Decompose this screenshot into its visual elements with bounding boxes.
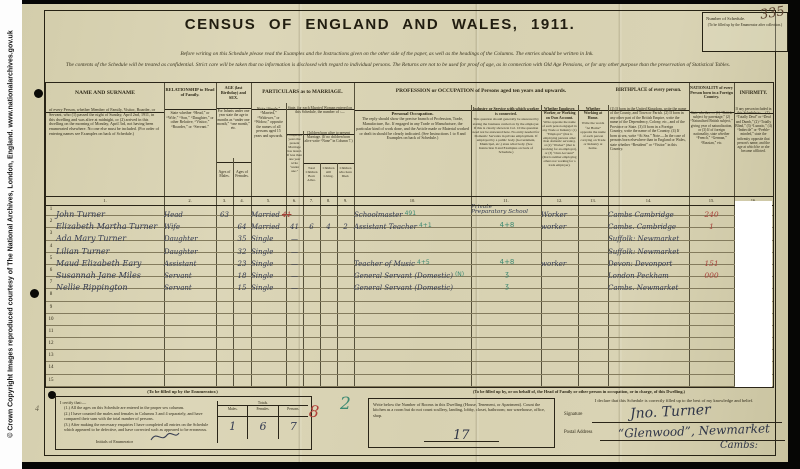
- cell-occupation: [354, 289, 471, 300]
- cell-children-died: [337, 362, 354, 373]
- cell-industry: [471, 241, 541, 252]
- col-children-living-subtext: Children still Living.: [321, 166, 336, 194]
- cell-nationality: 151: [689, 253, 734, 264]
- cell-children-born: [303, 265, 320, 276]
- cell-age-male: [216, 350, 233, 361]
- column-number: 2.: [164, 198, 216, 203]
- cell-marital-status: [251, 362, 286, 373]
- cell-employment: [541, 277, 578, 288]
- cell-occupation: [354, 302, 471, 313]
- col-at-home-heading: Whether Working at Home.: [579, 107, 607, 120]
- cell-name: Maud Elizabeth Eary: [56, 253, 164, 264]
- col-nationality-header: NATIONALITY of every Person born in a Fo…: [689, 83, 734, 113]
- cell-children-born: [303, 350, 320, 361]
- cell-marital-status: Married: [251, 216, 286, 227]
- column-number: 10.: [354, 198, 471, 203]
- schedule-paper: CENSUS OF ENGLAND AND WALES, 1911. Numbe…: [22, 4, 788, 462]
- cell-children-living: [320, 289, 337, 300]
- cell-age-male: [216, 362, 233, 373]
- postal-address-value: “Glenwood”, Newmarket: [618, 421, 770, 440]
- cell-relationship: [164, 314, 216, 325]
- cell-occupation: [354, 362, 471, 373]
- schedule-number-note: (To be filled up by the Enumerator after…: [703, 23, 787, 27]
- col-industry-subtext: Industry or Service with which worker is…: [472, 107, 540, 194]
- cell-age-male: [216, 216, 233, 227]
- cell-occupation: [354, 338, 471, 349]
- cell-children-living: [320, 314, 337, 325]
- col-nationality-subtext: State whether:— (1) “British subject by …: [690, 111, 733, 194]
- cell-age-male: [216, 265, 233, 276]
- copyright-text: © Crown Copyright Images reproduced cour…: [8, 30, 15, 437]
- totals-females-value: 6: [248, 417, 278, 439]
- col-marital-status-subtext: Write “Single,” “Married,” “Widower,” or…: [252, 107, 285, 194]
- enumerator-certify-item3: (3.) After making the necessary enquirie…: [64, 422, 212, 433]
- column-number: 9.: [337, 198, 354, 203]
- cell-employment: [541, 289, 578, 300]
- cell-relationship: Wife: [164, 216, 216, 227]
- column-number: 7.: [303, 198, 320, 203]
- column-number: 11.: [471, 198, 541, 203]
- col-birthplace-subtext: (1) If born in the United Kingdom, write…: [610, 107, 687, 194]
- signature-value: Jno. Turner: [630, 402, 711, 422]
- head-of-family-section-heading: (To be filled up by, or on behalf of, th…: [370, 389, 788, 394]
- column-number: 14.: [608, 198, 689, 203]
- cell-birthplace: London Peckham: [608, 265, 689, 276]
- cell-industry: [471, 375, 541, 386]
- cell-age-male: [216, 277, 233, 288]
- enumerator-section-heading: (To be filled up by the Enumerator.): [55, 389, 310, 394]
- col-industry-body: This question should generally be answer…: [473, 117, 540, 154]
- totals-persons-label: Persons.: [279, 406, 308, 416]
- cell-children-born: [303, 289, 320, 300]
- cell-name: [56, 338, 164, 349]
- cell-name: Ada Mary Turner: [56, 228, 164, 239]
- cell-children-born: [303, 362, 320, 373]
- cell-nationality: [689, 314, 734, 325]
- cell-age-male: [216, 228, 233, 239]
- cell-employment: [541, 338, 578, 349]
- rooms-box-text: Write below the Number of Rooms in this …: [373, 402, 549, 418]
- cell-children-living: [320, 228, 337, 239]
- cell-employment: [541, 265, 578, 276]
- table-row: 5Maud Elizabeth EaryAssistant23Single—Te…: [46, 253, 773, 265]
- census-schedule-photo: © Crown Copyright Images reproduced cour…: [0, 0, 800, 469]
- cell-age-male: [216, 289, 233, 300]
- cell-children-born: [303, 302, 320, 313]
- page-title: CENSUS OF ENGLAND AND WALES, 1911.: [122, 16, 638, 33]
- cell-at-home: [578, 338, 608, 349]
- cell-relationship: [164, 289, 216, 300]
- table-row: 15: [46, 375, 773, 387]
- col-occupation-subtext: Personal Occupation. The reply should sh…: [356, 107, 469, 194]
- cell-children-born: [303, 314, 320, 325]
- col-children-note: Children born alive to present Marriage.…: [303, 131, 354, 164]
- column-number: 15.: [689, 198, 734, 203]
- cell-age-male: [216, 375, 233, 386]
- column-number: 4.: [233, 198, 251, 203]
- cell-marital-status: [251, 326, 286, 337]
- schedule-number-box: Number of Schedule. (To be filled up by …: [702, 12, 788, 52]
- column-number: 8.: [320, 198, 337, 203]
- cell-years-married: —: [286, 241, 303, 252]
- cell-name: [56, 350, 164, 361]
- row-number: 13: [46, 350, 56, 361]
- cell-name: [56, 289, 164, 300]
- instruction-line-1: Before writing on this Schedule please r…: [62, 51, 712, 57]
- cell-marital-status: [251, 350, 286, 361]
- cell-industry: [471, 314, 541, 325]
- cell-children-died: [337, 253, 354, 264]
- cell-age-male: [216, 314, 233, 325]
- col-employment-body: Write opposite the name of each person e…: [542, 120, 577, 167]
- cell-occupation: General Servant (Domestic): [354, 277, 471, 288]
- cell-occupation: [354, 350, 471, 361]
- cell-marital-status: Single: [251, 265, 286, 276]
- col-employment-subtext: Whether Employer, Worker, or Working on …: [542, 107, 577, 194]
- green-annotation-2: 2: [340, 394, 351, 414]
- cell-at-home: [578, 302, 608, 313]
- totals-males-value: 1: [218, 417, 248, 439]
- cell-birthplace: Devon: Devonport: [608, 253, 689, 264]
- totals-table: Totals. Males. Females. Persons. 1 6 7: [217, 401, 308, 443]
- cell-occupation: [354, 241, 471, 252]
- col-at-home-body: Write the words “At Home” opposite the n…: [580, 121, 605, 150]
- col-infirmity-subtext: If any person included in this Schedule …: [735, 107, 772, 194]
- cell-birthplace: [608, 302, 689, 313]
- cell-industry: ʒ: [471, 277, 541, 288]
- table-row: 11: [46, 326, 773, 338]
- cell-age-female: [233, 302, 251, 313]
- cell-children-born: 6: [303, 216, 320, 227]
- cell-marital-status: [251, 314, 286, 325]
- row-number: 9: [46, 302, 56, 313]
- cell-occupation: [354, 314, 471, 325]
- cell-at-home: [578, 241, 608, 252]
- cell-age-female: 64: [233, 216, 251, 227]
- cell-children-born: [303, 375, 320, 386]
- totals-males-label: Males.: [218, 406, 248, 416]
- cell-age-female: 35: [233, 228, 251, 239]
- enumerator-initials-label: Initials of Enumerator: [96, 439, 133, 444]
- cell-relationship: Assistant: [164, 253, 216, 264]
- column-number: 6.: [286, 198, 303, 203]
- cell-children-died: [337, 289, 354, 300]
- cell-marital-status: [251, 338, 286, 349]
- cell-nationality: [689, 338, 734, 349]
- cell-birthplace: [608, 362, 689, 373]
- col-relationship-header: RELATIONSHIP to Head of Family.: [164, 83, 216, 110]
- cell-age-female: [233, 289, 251, 300]
- row-number: 15: [46, 375, 56, 386]
- cell-relationship: [164, 362, 216, 373]
- table-row: 12: [46, 338, 773, 350]
- cell-years-married: [286, 289, 303, 300]
- cell-nationality: 1: [689, 216, 734, 227]
- cell-years-married: [286, 338, 303, 349]
- cell-nationality: [689, 375, 734, 386]
- cell-occupation: General Servant (Domestic)(N): [354, 265, 471, 276]
- cell-years-married: —: [286, 265, 303, 276]
- cell-age-female: 23: [233, 253, 251, 264]
- totals-females-label: Females.: [248, 406, 278, 416]
- postal-address-value2: Cambs:: [720, 440, 758, 451]
- cell-occupation: [354, 375, 471, 386]
- cell-employment: [541, 375, 578, 386]
- cell-children-died: [337, 338, 354, 349]
- cell-name: [56, 375, 164, 386]
- column-number-row: 1.2.3.4.5.6.7.8.9.10.11.12.13.14.15.16.: [46, 196, 773, 206]
- cell-years-married: [286, 314, 303, 325]
- cell-name: [56, 326, 164, 337]
- declaration-statement: I declare that this Schedule is correctl…: [560, 398, 788, 403]
- column-number: 5.: [251, 198, 286, 203]
- cell-nationality: [689, 277, 734, 288]
- cell-relationship: [164, 326, 216, 337]
- cell-children-living: [320, 338, 337, 349]
- cell-at-home: [578, 350, 608, 361]
- cell-at-home: [578, 253, 608, 264]
- cell-at-home: [578, 228, 608, 239]
- cell-birthplace: Suffolk: Newmarket: [608, 241, 689, 252]
- table-row: 2Elizabeth Martha TurnerWife64Married416…: [46, 216, 773, 228]
- cell-children-living: [320, 362, 337, 373]
- cell-industry: ʒ: [471, 265, 541, 276]
- cell-at-home: [578, 289, 608, 300]
- cell-years-married: [286, 350, 303, 361]
- enumerator-certify-item1: (1.) All the ages on this Schedule are e…: [64, 405, 212, 410]
- col-children-died-subtext: Children who have Died.: [338, 166, 353, 194]
- table-row: 13: [46, 350, 773, 362]
- cell-children-living: [320, 375, 337, 386]
- col-children-born-subtext: Total Children Born Alive.: [304, 166, 319, 194]
- cell-birthplace: Cambs. Cambridge: [608, 216, 689, 227]
- cell-birthplace: [608, 314, 689, 325]
- cell-relationship: Servant: [164, 277, 216, 288]
- punch-hole: [34, 89, 43, 98]
- cell-children-died: [337, 265, 354, 276]
- cell-children-born: [303, 228, 320, 239]
- cell-name: Lilian Turner: [56, 241, 164, 252]
- column-number: 3.: [216, 198, 233, 203]
- enumerator-certify-item2: (2.) I have counted the males and female…: [64, 411, 212, 422]
- cell-children-born: [303, 338, 320, 349]
- cell-at-home: [578, 314, 608, 325]
- cell-years-married: [286, 326, 303, 337]
- enumerator-box: I certify that:— (1.) All the ages on th…: [55, 396, 312, 450]
- table-row: 10: [46, 314, 773, 326]
- table-row: 9: [46, 302, 773, 314]
- cell-children-died: [337, 350, 354, 361]
- cell-age-female: [233, 326, 251, 337]
- cell-occupation: Teacher of Music4+5: [354, 253, 471, 264]
- cell-children-died: [337, 314, 354, 325]
- cell-marital-status: [251, 289, 286, 300]
- totals-persons-value: 7: [279, 417, 308, 439]
- table-row: 14: [46, 362, 773, 374]
- cell-age-male: [216, 326, 233, 337]
- cell-nationality: 000: [689, 265, 734, 276]
- cell-years-married: —: [286, 253, 303, 264]
- cell-years-married: [286, 362, 303, 373]
- cell-industry: [471, 302, 541, 313]
- cell-children-died: 2: [337, 216, 354, 227]
- cell-birthplace: [608, 289, 689, 300]
- cell-age-female: [233, 375, 251, 386]
- cell-employment: [541, 314, 578, 325]
- cell-at-home: [578, 375, 608, 386]
- cell-industry: [471, 350, 541, 361]
- col-relationship-subtext: State whether “Head,” or “Wife,” “Son,” …: [165, 111, 215, 194]
- rooms-value: 17: [453, 428, 470, 443]
- postal-address-label: Postal Address: [564, 430, 592, 435]
- cell-employment: [541, 362, 578, 373]
- col-industry-heading: Industry or Service with which worker is…: [472, 107, 540, 116]
- cell-children-died: [337, 302, 354, 313]
- cell-industry: 4+8: [471, 216, 541, 227]
- declaration-area: I declare that this Schedule is correctl…: [560, 398, 788, 450]
- cell-children-living: [320, 265, 337, 276]
- row-number: 12: [46, 338, 56, 349]
- cell-years-married: 41: [286, 216, 303, 227]
- column-number: 12.: [541, 198, 578, 203]
- cell-birthplace: Suffolk: Newmarket: [608, 228, 689, 239]
- cell-employment: [541, 350, 578, 361]
- cell-industry: [471, 289, 541, 300]
- cell-name: Elizabeth Martha Turner: [56, 216, 164, 227]
- cell-industry: 4+8: [471, 253, 541, 264]
- cell-marital-status: Single: [251, 277, 286, 288]
- cell-age-female: [233, 338, 251, 349]
- cell-children-born: [303, 253, 320, 264]
- cell-children-living: [320, 350, 337, 361]
- row-number: 3: [46, 228, 56, 239]
- cell-name: Susannah Jane Miles: [56, 265, 164, 276]
- cell-age-female: [233, 314, 251, 325]
- row-number: 5: [46, 253, 56, 264]
- cell-name: [56, 314, 164, 325]
- cell-children-died: [337, 375, 354, 386]
- copyright-strip: © Crown Copyright Images reproduced cour…: [0, 0, 22, 469]
- table-row: 4Lilian TurnerDaughter32Single—Suffolk: …: [46, 241, 773, 253]
- row-number: 11: [46, 326, 56, 337]
- red-annotation-8: 8: [308, 402, 320, 422]
- cell-occupation: Assistant Teacher4+1: [354, 216, 471, 227]
- cell-children-died: [337, 228, 354, 239]
- cell-years-married: [286, 302, 303, 313]
- cell-children-born: [303, 241, 320, 252]
- cell-age-female: [233, 362, 251, 373]
- table-row: 8: [46, 289, 773, 301]
- cell-birthplace: [608, 326, 689, 337]
- table-row: 6Susannah Jane MilesServant18Single—Gene…: [46, 265, 773, 277]
- cell-age-male: [216, 338, 233, 349]
- cell-children-born: [303, 277, 320, 288]
- row-number: 14: [46, 362, 56, 373]
- cell-relationship: [164, 302, 216, 313]
- cell-children-died: [337, 326, 354, 337]
- cell-name: Nellie Rippington: [56, 277, 164, 288]
- column-number: 13.: [578, 198, 608, 203]
- cell-employment: [541, 326, 578, 337]
- table-row: 3Ada Mary TurnerDaughter35Single—Suffolk…: [46, 228, 773, 240]
- cell-birthplace: [608, 375, 689, 386]
- cell-relationship: Servant: [164, 265, 216, 276]
- cell-marital-status: [251, 375, 286, 386]
- row-number: 4: [46, 241, 56, 252]
- cell-relationship: Daughter: [164, 241, 216, 252]
- cell-industry: [471, 362, 541, 373]
- table-row: 7Nellie RippingtonServant15Single—Genera…: [46, 277, 773, 289]
- cell-children-living: [320, 326, 337, 337]
- cell-age-female: 32: [233, 241, 251, 252]
- census-table-body: 1John TurnerHead63Married41Schoolmaster4…: [46, 204, 773, 387]
- col-occupation-body: The reply should show the precise branch…: [356, 116, 469, 140]
- cell-nationality: [689, 350, 734, 361]
- cell-marital-status: Single: [251, 228, 286, 239]
- cell-birthplace: Cambs. Newmarket: [608, 277, 689, 288]
- cell-at-home: [578, 265, 608, 276]
- row-number: 2: [46, 216, 56, 227]
- cell-marital-status: Single: [251, 253, 286, 264]
- cell-relationship: [164, 350, 216, 361]
- cell-name: [56, 362, 164, 373]
- cell-children-born: [303, 326, 320, 337]
- cell-age-female: 18: [233, 265, 251, 276]
- cell-employment: [541, 228, 578, 239]
- row-number: 10: [46, 314, 56, 325]
- cell-age-female: [233, 350, 251, 361]
- cell-nationality: [689, 362, 734, 373]
- cell-industry: [471, 228, 541, 239]
- cell-age-female: 15: [233, 277, 251, 288]
- cell-birthplace: [608, 338, 689, 349]
- infirmity-redaction-patch: [735, 201, 772, 387]
- punch-hole: [30, 289, 39, 298]
- cell-employment: worker: [541, 253, 578, 264]
- col-at-home-subtext: Whether Working at Home. Write the words…: [579, 107, 607, 194]
- enumerator-initials-signature: [148, 430, 182, 444]
- rooms-box: Write below the Number of Rooms in this …: [368, 398, 555, 448]
- cell-occupation: [354, 228, 471, 239]
- row-number: 7: [46, 277, 56, 288]
- cell-relationship: [164, 338, 216, 349]
- cell-children-living: [320, 253, 337, 264]
- census-table: NAME AND SURNAME of every Person, whethe…: [45, 82, 774, 388]
- cell-children-living: [320, 241, 337, 252]
- cell-nationality: [689, 302, 734, 313]
- pencil-mark: 4: [35, 404, 39, 413]
- cell-marital-status: Single: [251, 241, 286, 252]
- instruction-line-2: The contents of the Schedule will be tre…: [36, 62, 760, 68]
- cell-relationship: Daughter: [164, 228, 216, 239]
- cell-employment: [541, 302, 578, 313]
- cell-years-married: —: [286, 228, 303, 239]
- cell-children-died: [337, 277, 354, 288]
- cell-occupation: [354, 326, 471, 337]
- cell-at-home: [578, 326, 608, 337]
- cell-relationship: [164, 375, 216, 386]
- cell-industry: [471, 338, 541, 349]
- cell-at-home: [578, 362, 608, 373]
- cell-children-living: [320, 277, 337, 288]
- cell-age-male: [216, 241, 233, 252]
- column-number: 1.: [46, 198, 164, 203]
- cell-age-male: [216, 302, 233, 313]
- cell-nationality: [689, 241, 734, 252]
- cell-industry: [471, 326, 541, 337]
- col-age-note: For Infants under one year state the age…: [216, 105, 251, 163]
- cell-name: [56, 302, 164, 313]
